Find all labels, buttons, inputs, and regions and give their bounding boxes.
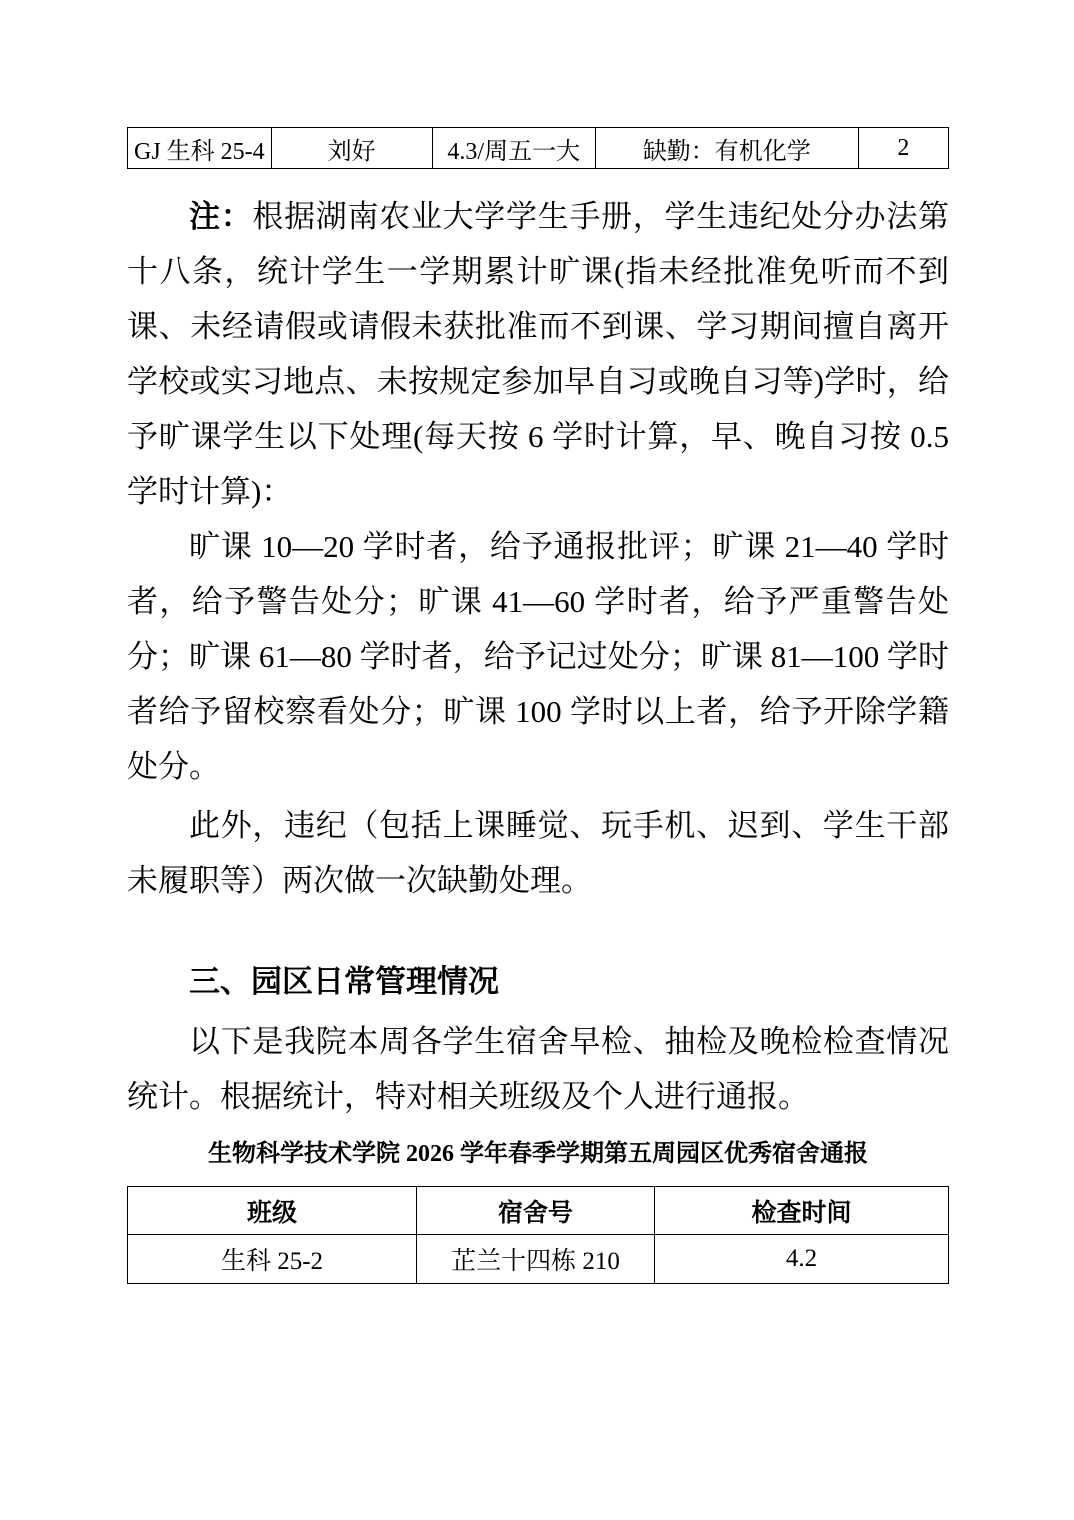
attendance-table: GJ 生科 25-4 刘好 4.3/周五一大 缺勤：有机化学 2: [127, 127, 949, 169]
attendance-cell-class: GJ 生科 25-4: [128, 128, 272, 169]
dorm-header-room: 宿舍号: [416, 1187, 654, 1235]
document-page: GJ 生科 25-4 刘好 4.3/周五一大 缺勤：有机化学 2 注：根据湖南农…: [0, 0, 1074, 1520]
dorm-table-row: 生科 25-2 芷兰十四栋 210 4.2: [128, 1235, 949, 1284]
dorm-header-time: 检查时间: [655, 1187, 949, 1235]
section-intro-paragraph: 以下是我院本周各学生宿舍早检、抽检及晚检检查情况统计。根据统计，特对相关班级及个…: [127, 1014, 949, 1124]
attendance-cell-date: 4.3/周五一大: [432, 128, 595, 169]
dorm-table: 班级 宿舍号 检查时间 生科 25-2 芷兰十四栋 210 4.2: [127, 1186, 949, 1284]
document-content: GJ 生科 25-4 刘好 4.3/周五一大 缺勤：有机化学 2 注：根据湖南农…: [127, 127, 949, 1284]
dorm-cell-time: 4.2: [655, 1235, 949, 1284]
dorm-cell-class: 生科 25-2: [128, 1235, 417, 1284]
dorm-table-header-row: 班级 宿舍号 检查时间: [128, 1187, 949, 1235]
absence-rules-paragraph: 旷课 10—20 学时者，给予通报批评；旷课 21—40 学时者，给予警告处分；…: [127, 519, 949, 794]
attendance-cell-reason: 缺勤：有机化学: [595, 128, 858, 169]
dorm-table-title: 生物科学技术学院 2026 学年春季学期第五周园区优秀宿舍通报: [127, 1134, 949, 1174]
violation-paragraph: 此外，违纪（包括上课睡觉、玩手机、迟到、学生干部未履职等）两次做一次缺勤处理。: [127, 798, 949, 908]
dorm-header-class: 班级: [128, 1187, 417, 1235]
note-text: 根据湖南农业大学学生手册，学生违纪处分办法第十八条，统计学生一学期累计旷课(指未…: [127, 199, 949, 509]
note-paragraph: 注：根据湖南农业大学学生手册，学生违纪处分办法第十八条，统计学生一学期累计旷课(…: [127, 189, 949, 519]
dorm-cell-room: 芷兰十四栋 210: [416, 1235, 654, 1284]
attendance-cell-count: 2: [858, 128, 948, 169]
note-label: 注：: [189, 199, 252, 234]
section-heading: 三、园区日常管理情况: [127, 960, 949, 1004]
attendance-cell-name: 刘好: [271, 128, 432, 169]
attendance-table-row: GJ 生科 25-4 刘好 4.3/周五一大 缺勤：有机化学 2: [128, 128, 949, 169]
